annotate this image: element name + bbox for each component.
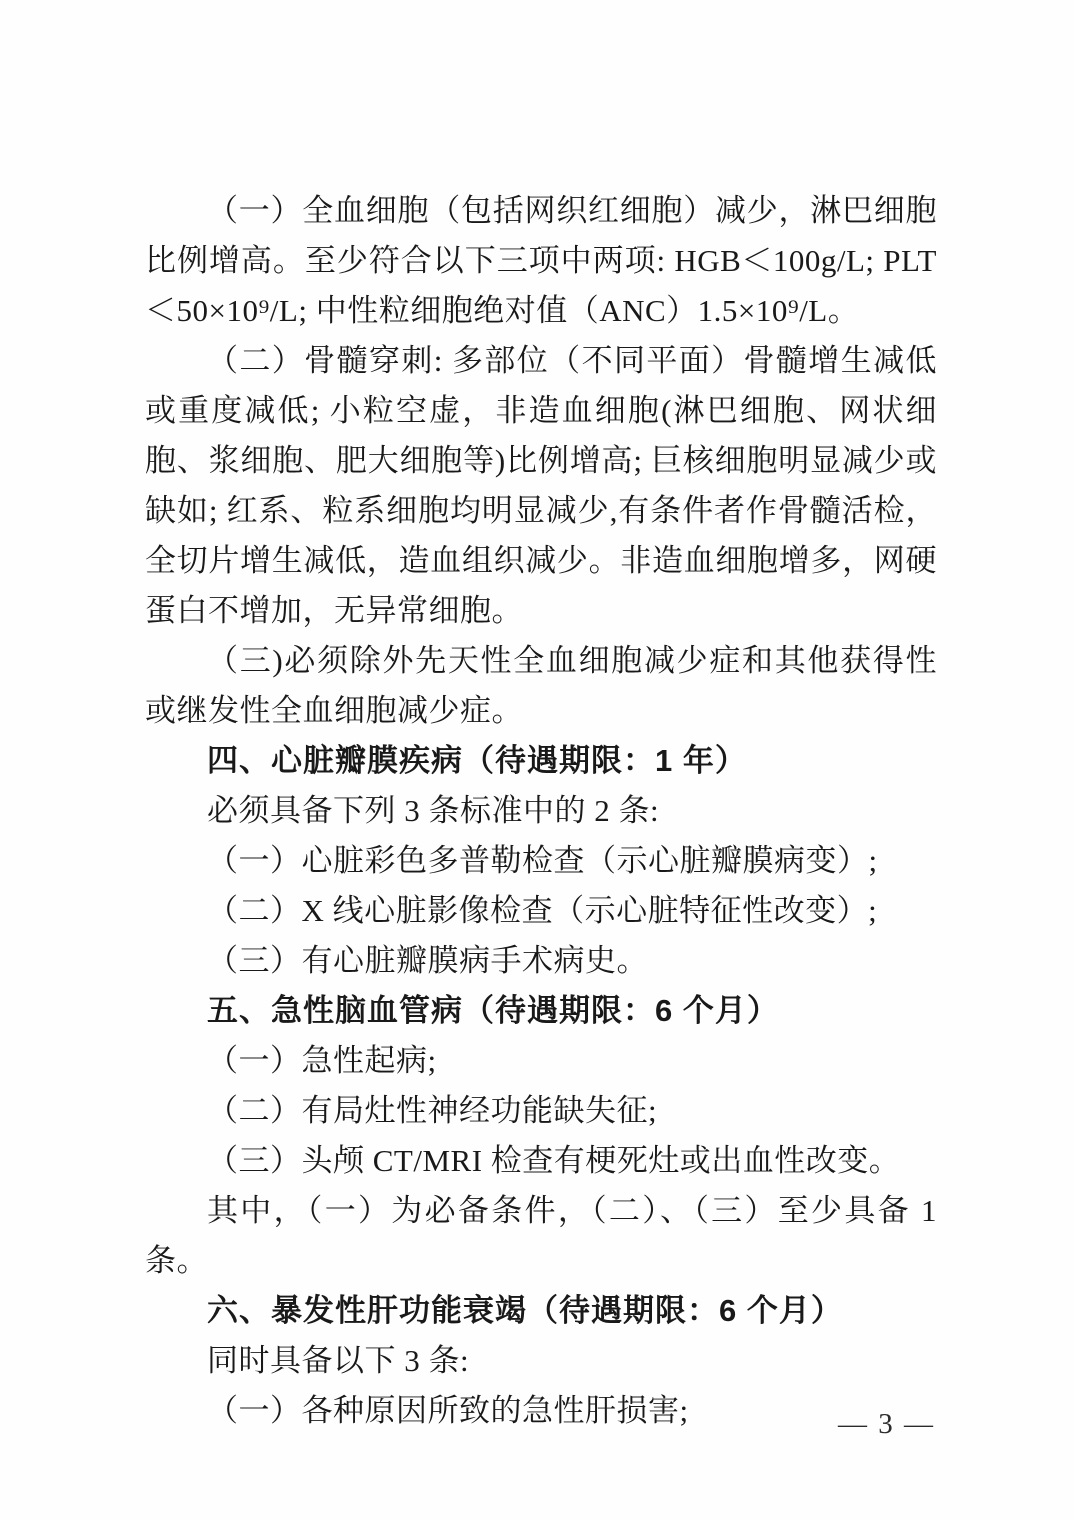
clause-paragraph: （三）头颅 CT/MRI 检查有梗死灶或出血性改变。 (145, 1136, 937, 1186)
clause-paragraph: （二）X 线心脏影像检查（示心脏特征性改变）; (145, 886, 937, 936)
clause-paragraph: （一）各种原因所致的急性肝损害; (145, 1386, 937, 1436)
clause-paragraph: （二）有局灶性神经功能缺失征; (145, 1086, 937, 1136)
section-heading-6: 六、暴发性肝功能衰竭（待遇期限：6 个月） (145, 1286, 937, 1336)
section-heading-4: 四、心脏瓣膜疾病（待遇期限：1 年） (145, 736, 937, 786)
clause-paragraph: （一）全血细胞（包括网织红细胞）减少，淋巴细胞比例增高。至少符合以下三项中两项:… (145, 186, 937, 336)
page-number: — 3 — (838, 1404, 935, 1444)
clause-paragraph: 其中，（一）为必备条件，（二）、（三）至少具备 1 条。 (145, 1186, 937, 1286)
clause-paragraph: （一）急性起病; (145, 1036, 937, 1086)
clause-paragraph: （三)必须除外先天性全血细胞减少症和其他获得性或继发性全血细胞减少症。 (145, 636, 937, 736)
section-heading-5: 五、急性脑血管病（待遇期限：6 个月） (145, 986, 937, 1036)
clause-paragraph: （二）骨髓穿刺: 多部位（不同平面）骨髓增生减低或重度减低; 小粒空虚，非造血细… (145, 336, 937, 636)
document-body: （一）全血细胞（包括网织红细胞）减少，淋巴细胞比例增高。至少符合以下三项中两项:… (145, 186, 937, 1436)
clause-paragraph: 必须具备下列 3 条标准中的 2 条: (145, 786, 937, 836)
document-page: （一）全血细胞（包括网织红细胞）减少，淋巴细胞比例增高。至少符合以下三项中两项:… (0, 0, 1074, 1520)
clause-paragraph: （三）有心脏瓣膜病手术病史。 (145, 936, 937, 986)
clause-paragraph: （一）心脏彩色多普勒检查（示心脏瓣膜病变）; (145, 836, 937, 886)
clause-paragraph: 同时具备以下 3 条: (145, 1336, 937, 1386)
